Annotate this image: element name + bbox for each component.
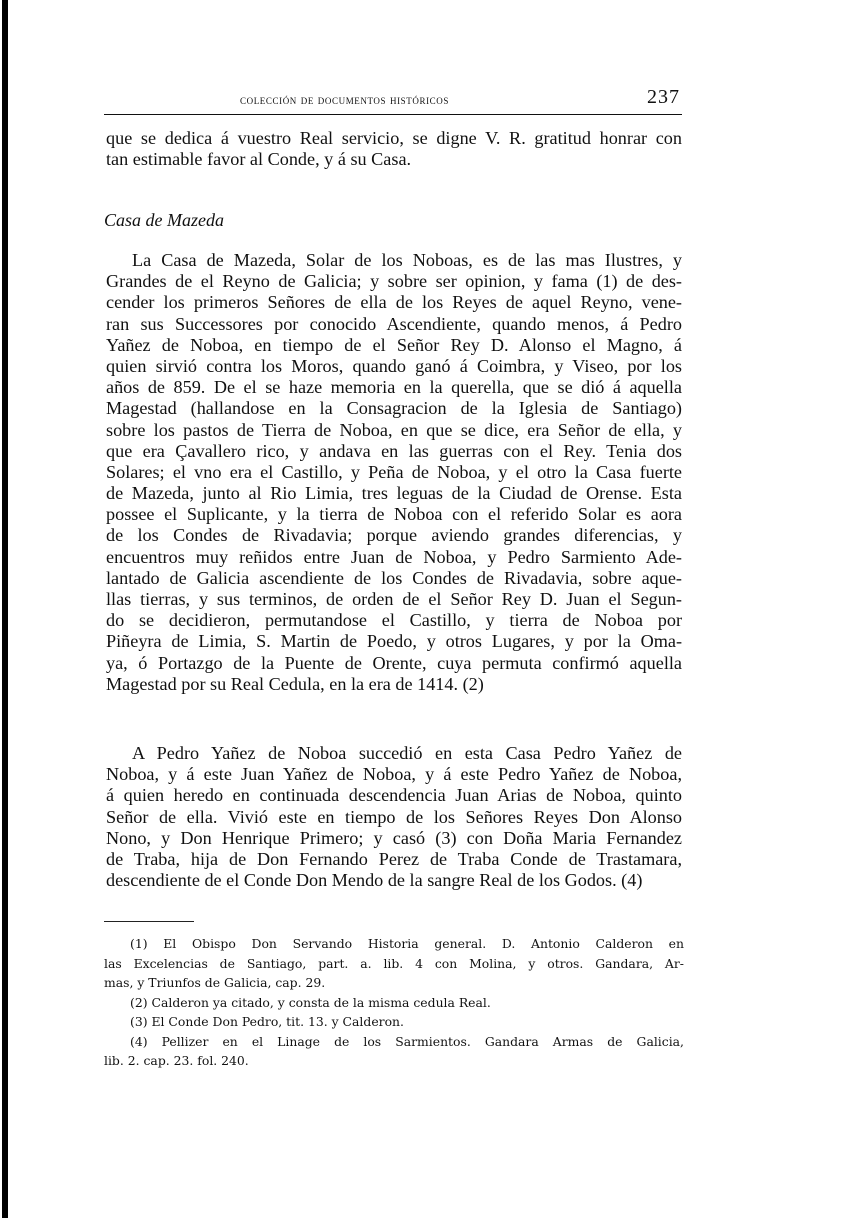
paragraph-casa-de-mazeda: La Casa de Mazeda, Solar de los Noboas, …: [106, 250, 682, 695]
text-line: Magestad por su Real Cedula, en la era d…: [106, 674, 682, 695]
text-line: encuentros muy reñidos entre Juan de Nob…: [106, 547, 682, 568]
section-heading: Casa de Mazeda: [104, 210, 224, 231]
text-line: tan estimable favor al Conde, y á su Cas…: [106, 149, 682, 170]
text-line: ran sus Successores por conocido Ascendi…: [106, 314, 682, 335]
text-line: possee el Suplicante, y la tierra de Nob…: [106, 504, 682, 525]
text-line: de Traba, hija de Don Fernando Perez de …: [106, 849, 682, 870]
text-line: Yañez de Noboa, en tiempo de el Señor Re…: [106, 335, 682, 356]
running-title: COLECCIÓN DE DOCUMENTOS HISTÓRICOS: [240, 92, 449, 108]
footnote-line: las Excelencias de Santiago, part. a. li…: [104, 954, 684, 974]
text-line: Señor de ella. Vivió este en tiempo de l…: [106, 807, 682, 828]
footnote-3: (3) El Conde Don Pedro, tit. 13. y Calde…: [104, 1012, 684, 1032]
text-line: lantado de Galicia ascendiente de los Co…: [106, 568, 682, 589]
text-line: Grandes de el Reyno de Galicia; y sobre …: [106, 271, 682, 292]
footnotes: (1) El Obispo Don Servando Historia gene…: [104, 934, 684, 1071]
footnote-2: (2) Calderon ya citado, y consta de la m…: [104, 993, 684, 1013]
text-line: A Pedro Yañez de Noboa succedió en esta …: [106, 743, 682, 764]
text-line: descendiente de el Conde Don Mendo de la…: [106, 870, 682, 891]
footnote-line: mas, y Triunfos de Galicia, cap. 29.: [104, 973, 684, 993]
footnote-1: (1) El Obispo Don Servando Historia gene…: [104, 934, 684, 954]
text-line: años de 859. De el se haze memoria en la…: [106, 377, 682, 398]
text-line: Piñeyra de Limia, S. Martin de Poedo, y …: [106, 631, 682, 652]
text-line: La Casa de Mazeda, Solar de los Noboas, …: [106, 250, 682, 271]
text-line: ya, ó Portazgo de la Puente de Orente, c…: [106, 653, 682, 674]
text-line: llas tierras, y sus terminos, de orden d…: [106, 589, 682, 610]
page-header: COLECCIÓN DE DOCUMENTOS HISTÓRICOS 237: [104, 86, 682, 116]
text-line: de los Condes de Rivadavia; porque avien…: [106, 525, 682, 546]
text-line: sobre los pastos de Tierra de Noboa, en …: [106, 420, 682, 441]
text-line: Solares; el vno era el Castillo, y Peña …: [106, 462, 682, 483]
opening-paragraph: que se dedica á vuestro Real servicio, s…: [106, 128, 682, 170]
header-rule: [104, 114, 682, 115]
text-line: á quien heredo en continuada descendenci…: [106, 785, 682, 806]
footnote-rule: [104, 921, 194, 922]
page-number: 237: [647, 86, 680, 109]
text-line: Noboa, y á este Juan Yañez de Noboa, y á…: [106, 764, 682, 785]
text-line: Magestad (hallandose en la Consagracion …: [106, 398, 682, 419]
footnote-line: lib. 2. cap. 23. fol. 240.: [104, 1051, 684, 1071]
footnote-4: (4) Pellizer en el Linage de los Sarmien…: [104, 1032, 684, 1052]
paragraph-succession: A Pedro Yañez de Noboa succedió en esta …: [106, 743, 682, 891]
text-line: quien sirvió contra los Moros, quando ga…: [106, 356, 682, 377]
page-binding-edge: [2, 0, 8, 1218]
text-line: do se decidieron, permutandose el Castil…: [106, 610, 682, 631]
text-line: que se dedica á vuestro Real servicio, s…: [106, 128, 682, 149]
text-line: de Mazeda, junto al Rio Limia, tres legu…: [106, 483, 682, 504]
text-line: cender los primeros Señores de ella de l…: [106, 292, 682, 313]
text-line: que era Çavallero rico, y andava en las …: [106, 441, 682, 462]
text-line: Nono, y Don Henrique Primero; y casó (3)…: [106, 828, 682, 849]
